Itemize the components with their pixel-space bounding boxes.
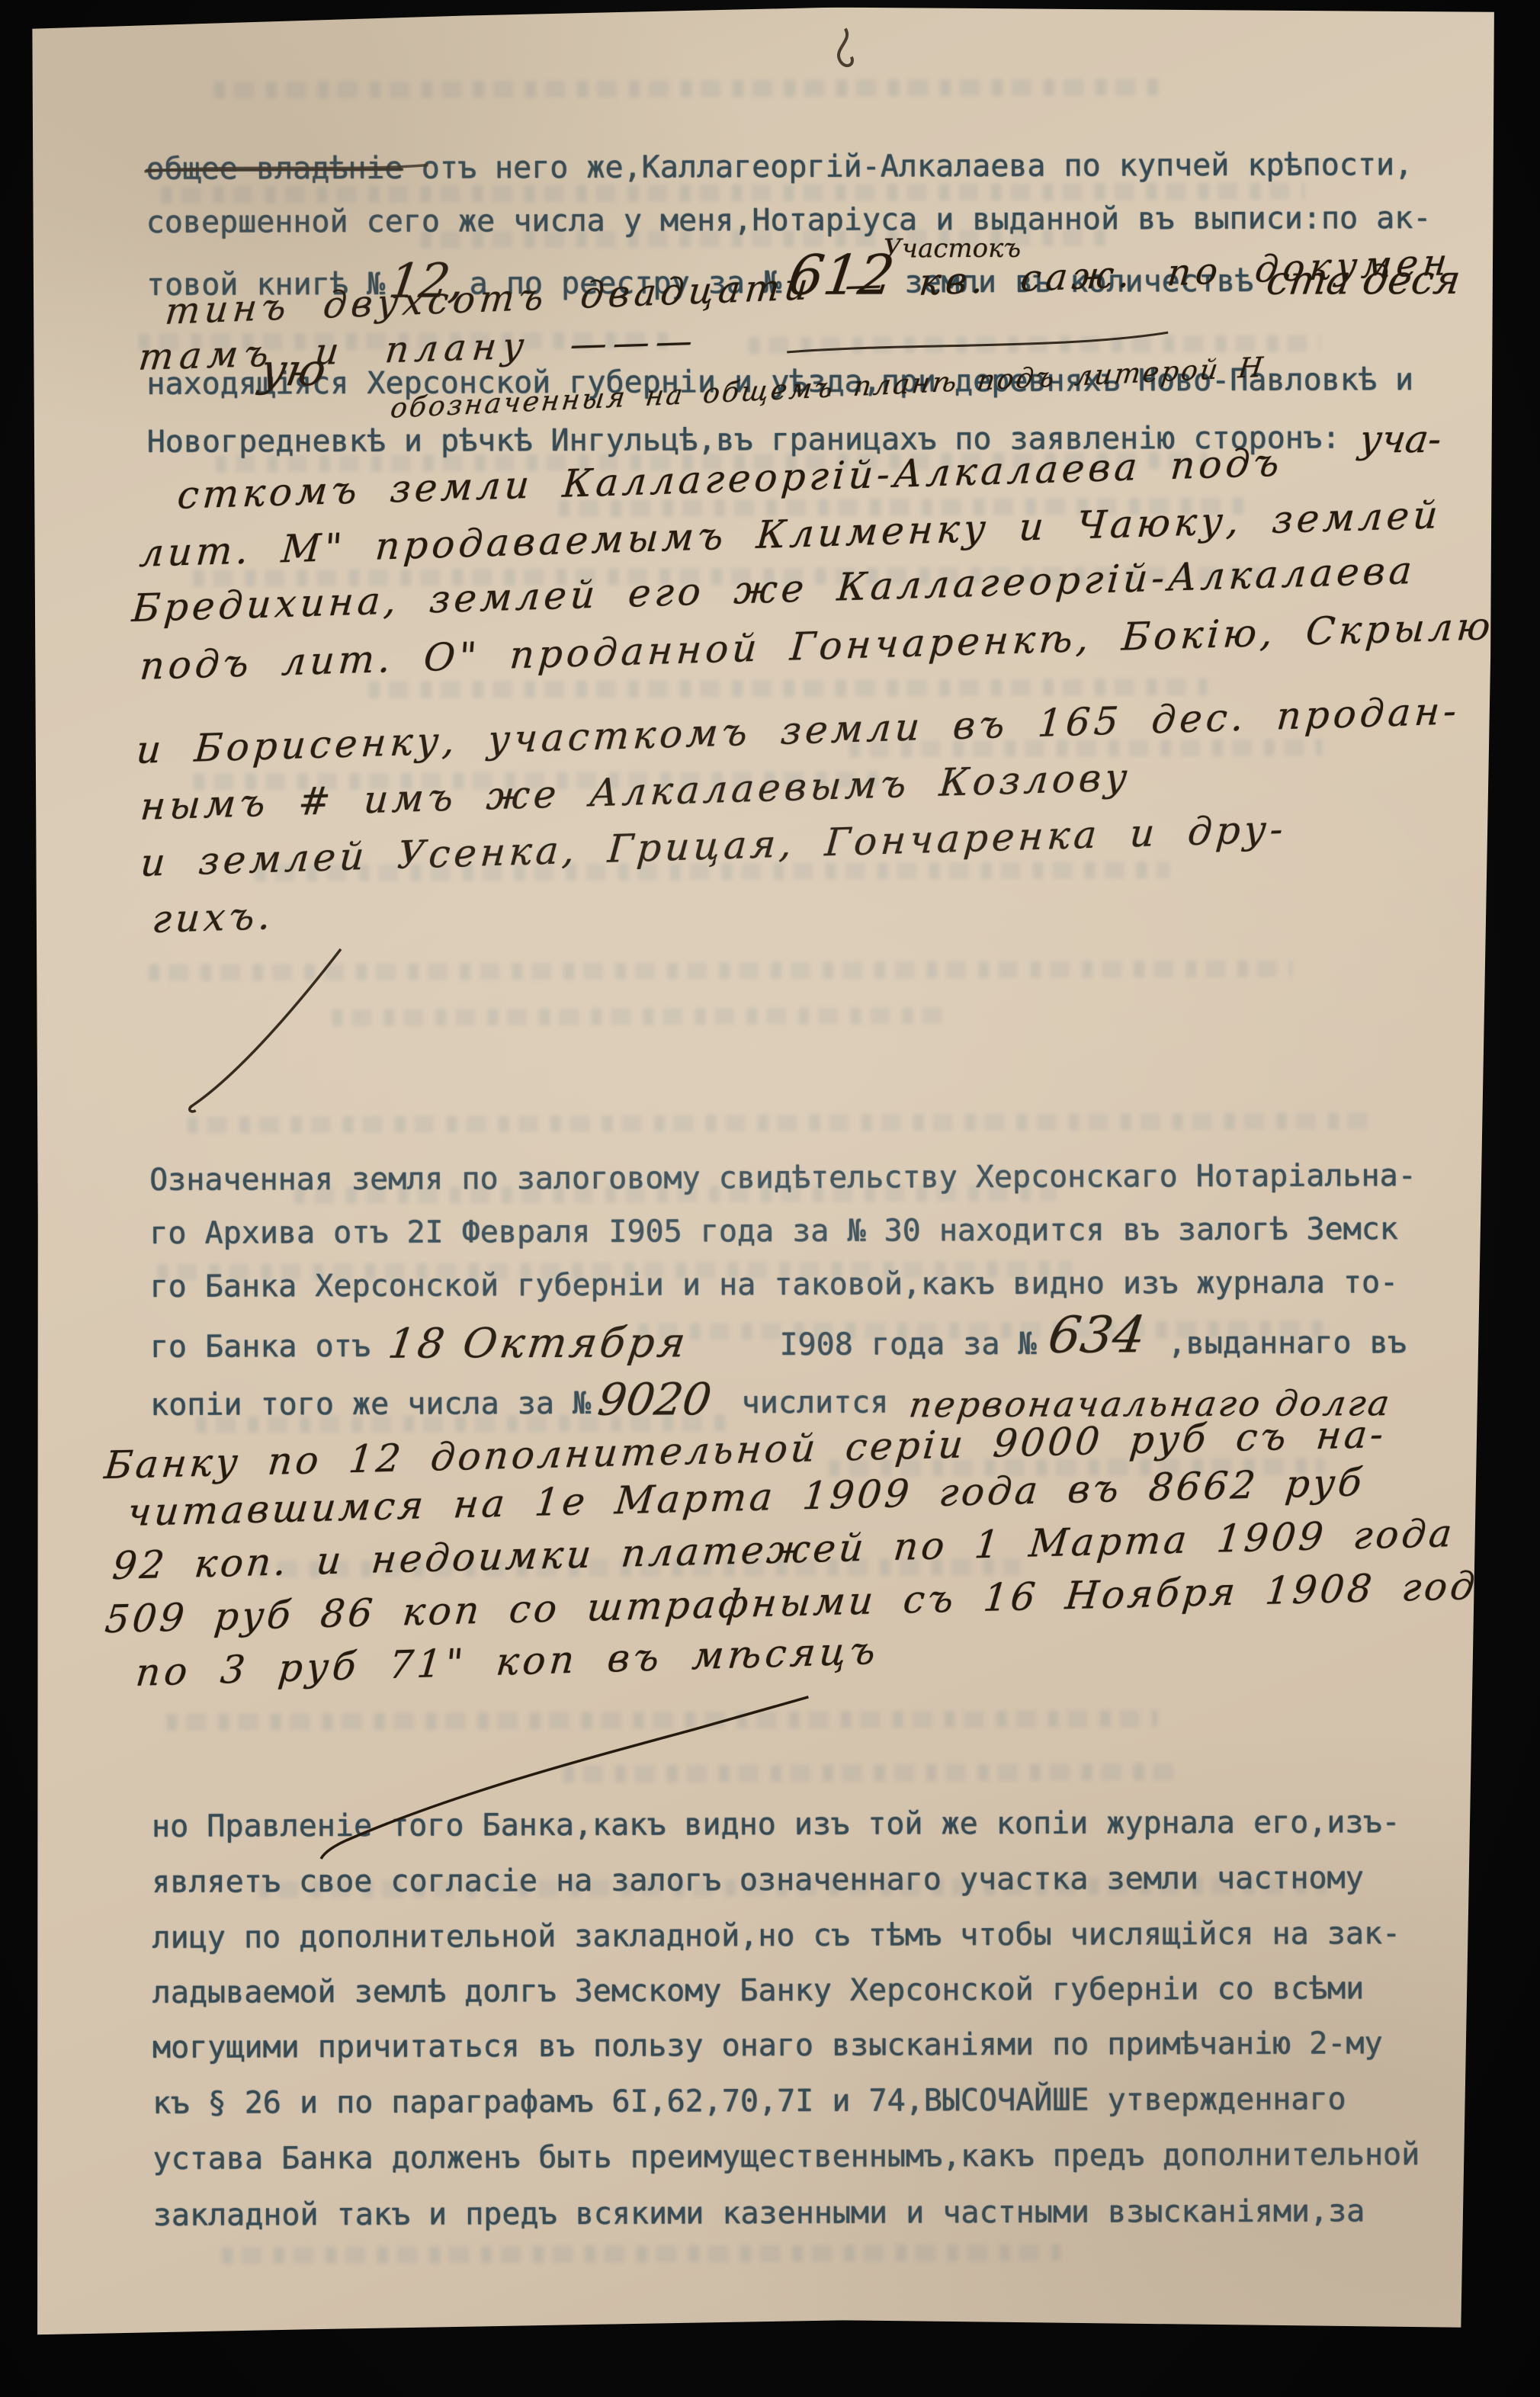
handwritten-line: гихъ. xyxy=(151,894,276,942)
typed-line: къ § 26 и по параграфамъ 6I,62,70,7I и 7… xyxy=(152,2081,1346,2120)
typed-text: копіи того же числа за № xyxy=(150,1386,591,1423)
typed-text: числится xyxy=(742,1385,889,1420)
handwritten-number: 9020 xyxy=(596,1381,714,1417)
struck-text: общее владѣніе xyxy=(146,151,403,187)
typed-line: Означенная земля по залоговому свидѣтель… xyxy=(149,1158,1416,1198)
bleedthrough-texture xyxy=(749,335,1320,354)
handwritten-date: 18 Октября xyxy=(387,1325,691,1361)
typed-line: совершенной сего же числа у меня,Нотаріу… xyxy=(146,201,1432,240)
typed-text: го Банка отъ xyxy=(150,1329,371,1365)
correction-slash-1 xyxy=(189,949,342,1112)
bleedthrough-texture xyxy=(563,1763,1173,1783)
bleedthrough-texture xyxy=(149,961,1292,981)
typed-line: устава Банка долженъ быть преимущественн… xyxy=(152,2137,1420,2177)
flourish-line xyxy=(787,332,1168,352)
handwritten-text: уча- xyxy=(1358,422,1444,457)
pen-mark-icon xyxy=(839,29,852,66)
bleedthrough-texture xyxy=(369,679,1208,698)
typed-line: ладываемой землѣ долгъ Земскому Банку Хе… xyxy=(152,1971,1365,2010)
typed-line: могущими причитаться въ пользу онаго взы… xyxy=(152,2026,1383,2065)
bleedthrough-texture xyxy=(222,2245,1060,2264)
handwritten-line: по 3 руб 71" коп въ мѣсяцъ xyxy=(134,1628,881,1695)
document-sheet: общее владѣніе отъ него же,Каллагеоргій-… xyxy=(24,5,1507,2338)
photo-of-archival-document: { "colors": { "paper": "#d8c9b4", "typed… xyxy=(0,0,1540,2397)
typed-line: являетъ свое согласіе на залогъ означенн… xyxy=(152,1860,1364,1900)
typed-text: I908 года за № xyxy=(779,1327,1036,1362)
bleedthrough-texture xyxy=(214,79,1167,98)
handwritten-line: и Борисенку, участкомъ земли въ 165 дес.… xyxy=(135,688,1462,772)
typed-line: го Банка Херсонской губерніи и на таково… xyxy=(149,1265,1398,1304)
typed-line: лицу по дополнительной закладной,но съ т… xyxy=(152,1916,1400,1956)
handwritten-correction: ую xyxy=(258,352,329,387)
typed-text: ,выданнаго въ xyxy=(1167,1325,1406,1361)
typed-text: отъ него же,Каллагеоргій-Алкалаева по ку… xyxy=(403,147,1413,186)
handwritten-number: 634 xyxy=(1046,1317,1147,1353)
bleedthrough-texture xyxy=(166,1710,1157,1731)
typed-line: го Архива отъ 2I Февраля I905 года за № … xyxy=(149,1211,1398,1251)
typed-line: общее владѣніе отъ него же,Каллагеоргій-… xyxy=(146,147,1413,187)
bleedthrough-texture xyxy=(188,1112,1369,1133)
typed-line-with-inserts: го Банка отъ18 ОктябряI908 года за №634,… xyxy=(150,1318,1407,1365)
bleedthrough-texture xyxy=(332,1007,942,1026)
typed-line: закладной такъ и предъ всякими казенными… xyxy=(153,2193,1365,2233)
typed-line: но Правленіе того Банка,какъ видно изъ т… xyxy=(152,1805,1400,1844)
